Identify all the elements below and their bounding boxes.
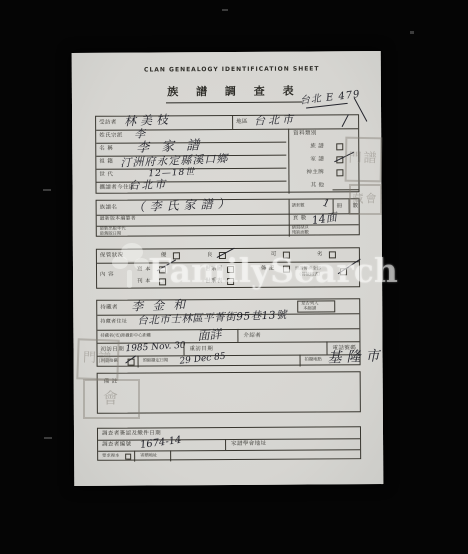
row-divider (97, 328, 359, 331)
material-option-other: 其 他 (310, 183, 324, 189)
handwritten-holder-name: 李金和 (131, 298, 194, 313)
material-type-header: 資料類別 (293, 131, 317, 137)
material-option-ancestral-tablet: 神主牌 (306, 170, 324, 176)
row-divider (98, 438, 360, 441)
field-label-content: 內 容 (100, 273, 114, 279)
field-label-introducer: 介紹者 (243, 334, 261, 340)
handwritten-surname: 李 (134, 128, 145, 139)
watermark-text: FamilySearch (148, 251, 398, 290)
holder-table: 持藏者 李金和 是否列入 本縮譜 持藏者住址 台北市士林區平菁街95巷13號 持… (96, 298, 360, 367)
surveyor-table: 調查者簽認及繳件日期 調查者編號 1674-14 家譜學會地址 要求複本 寄贈地… (97, 426, 361, 461)
volume-table: 族譜名 （李氏家譜） 最新版本編纂者 最新出版年代 最舊版日期 譜套數 1 冊 … (96, 198, 360, 237)
field-label-copy-requested: 要求複本 (102, 455, 119, 459)
field-label-damaged-pages: 殘缺面數 (292, 232, 309, 236)
handwritten-district: 台北市 (254, 114, 296, 127)
archive-seal-stamp: 門譜 (345, 137, 383, 183)
column-divider (289, 200, 290, 237)
watermark-tree-icon (112, 256, 128, 269)
field-label-scheduled-filming-date: 預縮攝定日期 (143, 359, 169, 363)
handwritten-surveyor-number: 1674-14 (140, 436, 183, 451)
material-option-clan-genealogy: 族 譜 (310, 144, 324, 150)
field-label-district: 地區 (236, 120, 248, 126)
field-label-surveyor-number: 調查者編號 (102, 443, 132, 449)
checkbox-copy-requested (125, 454, 131, 460)
field-label-mailing-address: 寄贈地址 (140, 454, 157, 458)
field-label-ancestral-home: 祖 籍 (99, 160, 113, 166)
inclusion-box-label-line2: 本縮譜 (303, 307, 316, 311)
field-label-society-address: 家譜學會地址 (231, 442, 266, 448)
column-divider (134, 451, 135, 462)
watermark-tree-icon (134, 258, 149, 270)
column-divider (225, 439, 226, 450)
handwritten-filming-location: 基隆市 (327, 349, 385, 365)
archive-seal-stamp: 門譜 (76, 338, 119, 380)
handwritten-distance: 面詳 (197, 328, 222, 342)
column-divider (232, 116, 233, 129)
field-label-genealogy-title: 族譜名 (100, 206, 118, 212)
row-divider (98, 449, 360, 452)
stray-pen-stroke (342, 114, 350, 127)
page-title-english: CLAN GENEALOGY IDENTIFICATION SHEET (107, 65, 357, 74)
identity-table: 受訪者 林美枝 地區 台北市 姓氏宗派 李 名 稱 李家譜 祖 籍 汀洲府永定縣… (95, 114, 359, 194)
film-speck (43, 189, 51, 191)
column-divider (183, 342, 184, 355)
archive-seal-stamp: 藏會 (349, 184, 382, 215)
field-label-page-count: 頁 數 (293, 217, 307, 223)
film-speck (44, 437, 52, 439)
column-divider (300, 355, 301, 367)
handwritten-first-visit-date: 1985 Nov. 30 (125, 342, 186, 355)
scanned-microfilm-frame: CLAN GENEALOGY IDENTIFICATION SHEET 族 譜 … (0, 0, 468, 554)
archive-seal-stamp: 會 (83, 379, 140, 419)
film-speck (410, 31, 414, 34)
field-label-generations: 世 代 (99, 173, 113, 179)
field-label-surveyor-signature: 調查者簽認及繳件日期 (102, 431, 161, 437)
field-label-oldest-edition-date: 最舊版日期 (100, 233, 122, 237)
field-label-volume-unit: 冊 (337, 204, 343, 210)
field-label-title-name: 名 稱 (99, 147, 113, 153)
field-label-surname-lineage: 姓氏宗派 (99, 134, 123, 140)
field-label-holder: 持藏者 (100, 306, 118, 312)
handwritten-ancestral-home: 汀洲府永定縣溪口鄉 (120, 153, 228, 168)
field-label-holder-address: 持藏者住址 (100, 320, 127, 325)
field-label-filming-location: 拍攝地點 (305, 358, 322, 362)
checkbox-clan-genealogy (336, 143, 343, 150)
handwritten-interviewee-name: 林美枝 (124, 114, 172, 128)
column-divider (237, 329, 238, 342)
field-label-set-count: 譜套數 (292, 205, 305, 209)
handwritten-genealogy-title: （李氏家譜） (132, 197, 234, 213)
checkbox-ancestral-tablet (336, 169, 343, 176)
handwritten-set-count: 1 (322, 199, 331, 210)
film-speck (222, 9, 228, 11)
page-title-chinese: 族 譜 調 查 表 (166, 83, 302, 104)
watermark-tree-trunk (127, 270, 132, 288)
column-divider (288, 129, 289, 194)
material-option-family-genealogy: 家 譜 (310, 157, 324, 163)
microfilm-inclusion-box: 是否列入 本縮譜 (297, 300, 335, 312)
row-divider (96, 181, 286, 183)
handwritten-holder-residence: 台北市 (128, 179, 167, 192)
handwritten-page-count: 14面 (311, 212, 337, 227)
field-label-latest-compiler: 最新版本編纂者 (100, 218, 136, 223)
field-label-revisit-date: 重訪日期 (189, 347, 213, 353)
field-label-interviewee: 受訪者 (99, 121, 117, 127)
column-divider (138, 356, 139, 368)
column-divider (170, 450, 171, 461)
